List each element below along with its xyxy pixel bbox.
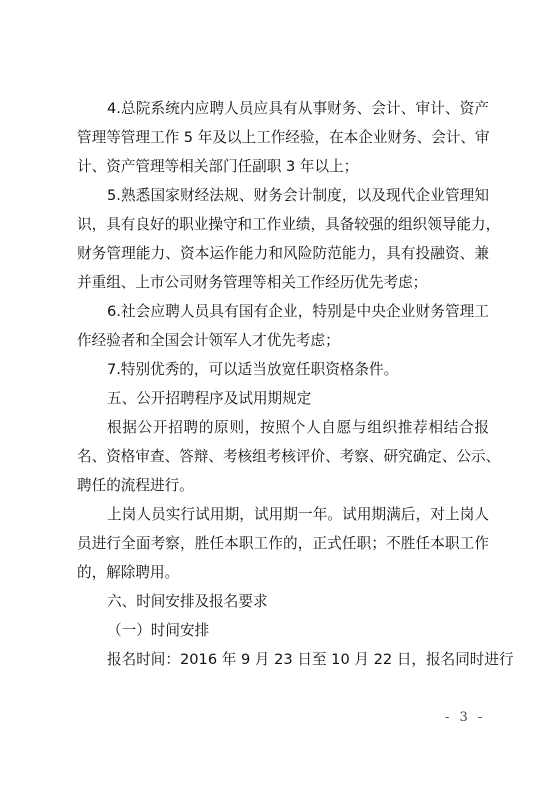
text-line: 计、资产管理等相关部门任副职 3 年以上； — [77, 156, 489, 178]
text-line: 管理等管理工作 5 年及以上工作经验，在本企业财务、会计、审 — [77, 127, 489, 149]
text-line: （一）时间安排 — [107, 620, 489, 642]
text-line: 的，解除聘用。 — [77, 562, 489, 584]
text-line: 五、公开招聘程序及试用期规定 — [107, 388, 489, 410]
text-line: 财务管理能力、资本运作能力和风险防范能力，具有投融资、兼 — [77, 243, 489, 265]
text-line: 6.社会应聘人员具有国有企业，特别是中央企业财务管理工 — [107, 301, 489, 323]
text-line: 并重组、上市公司财务管理等相关工作经历优先考虑； — [77, 272, 489, 294]
text-line: 5.熟悉国家财经法规、财务会计制度，以及现代企业管理知 — [107, 185, 489, 207]
text-line: 作经验者和全国会计领军人才优先考虑； — [77, 330, 489, 352]
document-page: 4.总院系统内应聘人员应具有从事财务、会计、审计、资产管理等管理工作 5 年及以… — [0, 0, 558, 786]
text-line: 7.特别优秀的，可以适当放宽任职资格条件。 — [107, 359, 489, 381]
text-line: 聘任的流程进行。 — [77, 475, 489, 497]
page-number: - 3 - — [445, 710, 485, 725]
text-line: 上岗人员实行试用期，试用期一年。试用期满后，对上岗人 — [107, 504, 489, 526]
text-line: 报名时间：2016 年 9 月 23 日至 10 月 22 日，报名同时进行 — [107, 649, 489, 671]
text-line: 名、资格审查、答辩、考核组考核评价、考察、研究确定、公示、 — [77, 446, 489, 468]
text-line: 4.总院系统内应聘人员应具有从事财务、会计、审计、资产 — [107, 98, 489, 120]
text-line: 六、时间安排及报名要求 — [107, 591, 489, 613]
text-line: 根据公开招聘的原则，按照个人自愿与组织推荐相结合报 — [107, 417, 489, 439]
text-line: 员进行全面考察，胜任本职工作的，正式任职；不胜任本职工作 — [77, 533, 489, 555]
text-line: 识，具有良好的职业操守和工作业绩，具备较强的组织领导能力， — [77, 214, 489, 236]
